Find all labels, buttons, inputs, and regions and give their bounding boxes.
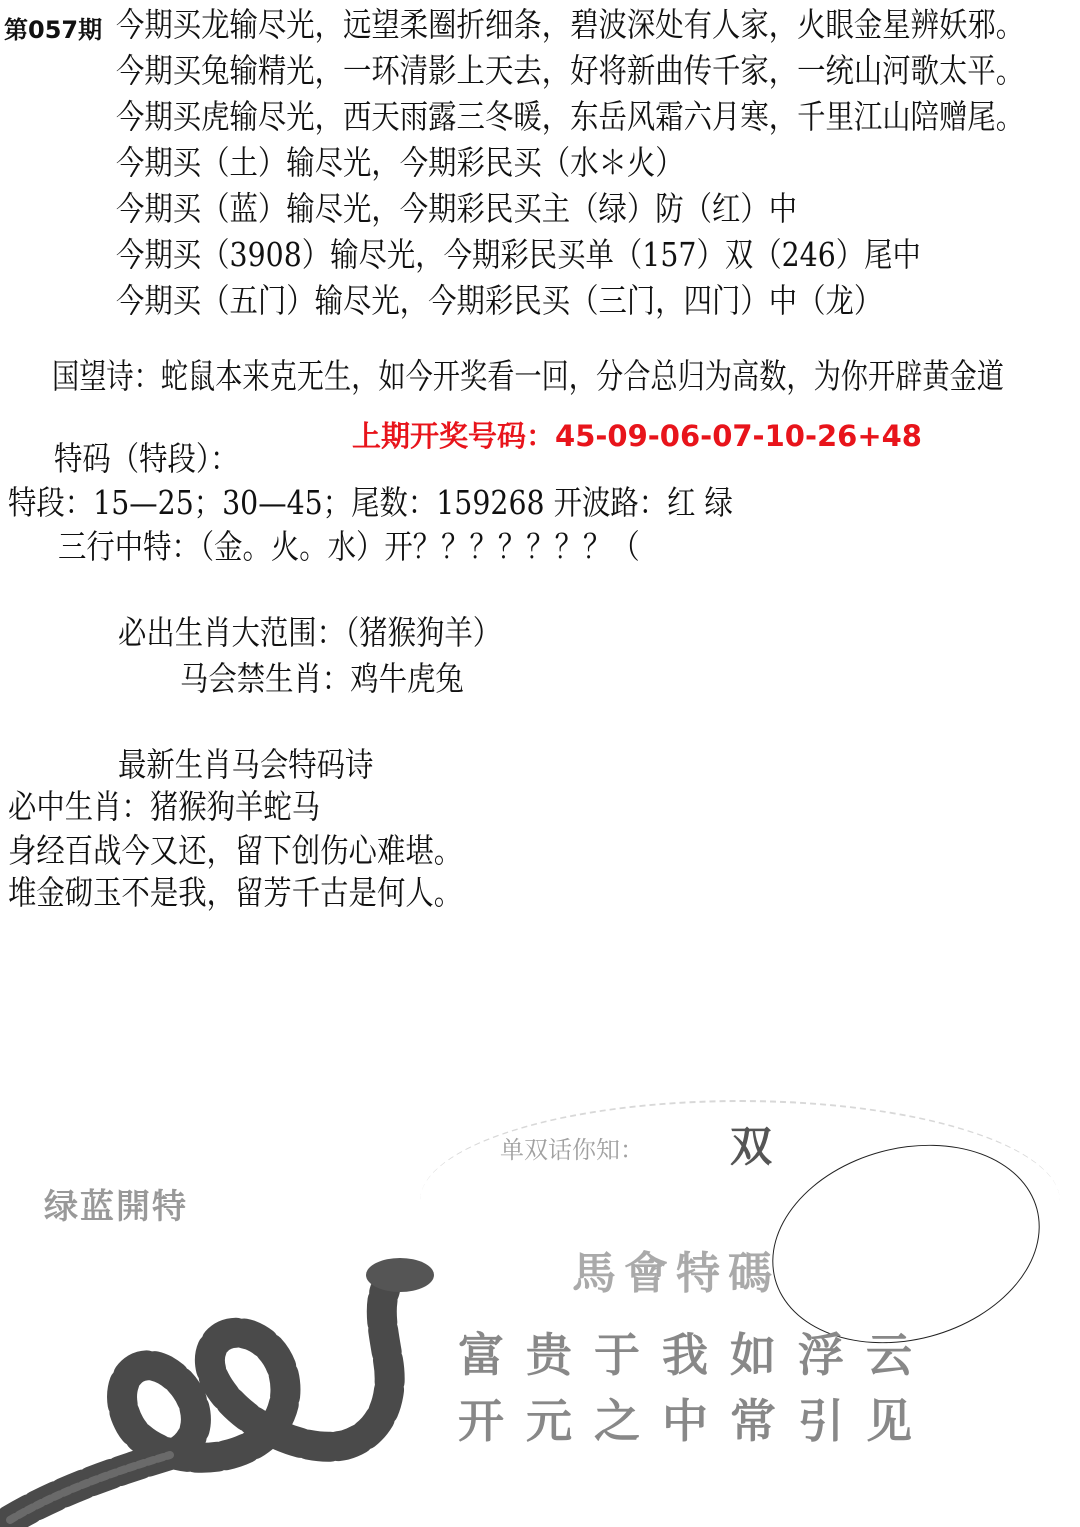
buy-line-7: 今期买（五门）输尽光，今期彩民买（三门，四门）中（龙） <box>116 284 882 317</box>
special-segments: 特段：15—25；30—45；尾数：159268 开波路：红 绿 <box>8 486 733 519</box>
issue-label: 第057期 <box>4 10 102 45</box>
three-elements: 三行中特：（金。火。水）开？？？？？？？（ <box>58 530 640 563</box>
buy-line-2: 今期买兔输精光，一环清影上天去，好将新曲传千家，一统山河歌太平。 <box>116 54 1024 87</box>
snake-illustration-icon <box>0 1240 460 1527</box>
buy-line-6: 今期买（3908）输尽光，今期彩民买单（157）双（246）尾中 <box>116 238 921 271</box>
zodiac-must: 必中生肖：猪猴狗羊蛇马 <box>8 790 320 823</box>
lower-verse-1: 富贵于我如浮云 <box>458 1332 934 1378</box>
left-title: 绿蓝開特 <box>44 1190 188 1224</box>
verse-2: 堆金砌玉不是我，留芳千古是何人。 <box>8 876 462 909</box>
last-draw-numbers: 45-09-06-07-10-26+48 <box>555 419 922 453</box>
buy-line-5: 今期买（蓝）输尽光，今期彩民买主（绿）防（红）中 <box>116 192 797 225</box>
odd-even-label: 单双话你知： <box>500 1138 644 1162</box>
buy-line-4: 今期买（土）输尽光，今期彩民买（水＊火） <box>116 146 684 179</box>
verse-1: 身经百战今又还，留下创伤心难堪。 <box>8 834 462 867</box>
zodiac-banned: 马会禁生肖：鸡牛虎兔 <box>180 662 464 695</box>
buy-line-1: 今期买龙输尽光，远望柔圈折细条，碧波深处有人家，火眼金星辨妖邪。 <box>116 8 1024 41</box>
poem-line: 国望诗：蛇鼠本来克无生，如今开奖看一回，分合总归为高数，为你开辟黄金道 <box>52 360 1004 394</box>
special-heading: 特码（特段）： <box>54 442 238 475</box>
last-draw-label: 上期开奖号码： <box>352 419 555 453</box>
zodiac-range: 必出生肖大范围：（猪猴狗羊） <box>118 616 501 649</box>
stamp-title: 馬會特碼 <box>572 1252 780 1296</box>
lower-verse-2: 开元之中常引见 <box>458 1398 934 1444</box>
last-draw: 上期开奖号码：45-09-06-07-10-26+48 <box>352 422 922 451</box>
odd-even-value: 双 <box>730 1126 772 1168</box>
zodiac-poem-title: 最新生肖马会特码诗 <box>118 748 373 781</box>
buy-line-3: 今期买虎输尽光，西天雨露三冬暖，东岳风霜六月寒，千里江山陪赠尾。 <box>116 100 1024 133</box>
